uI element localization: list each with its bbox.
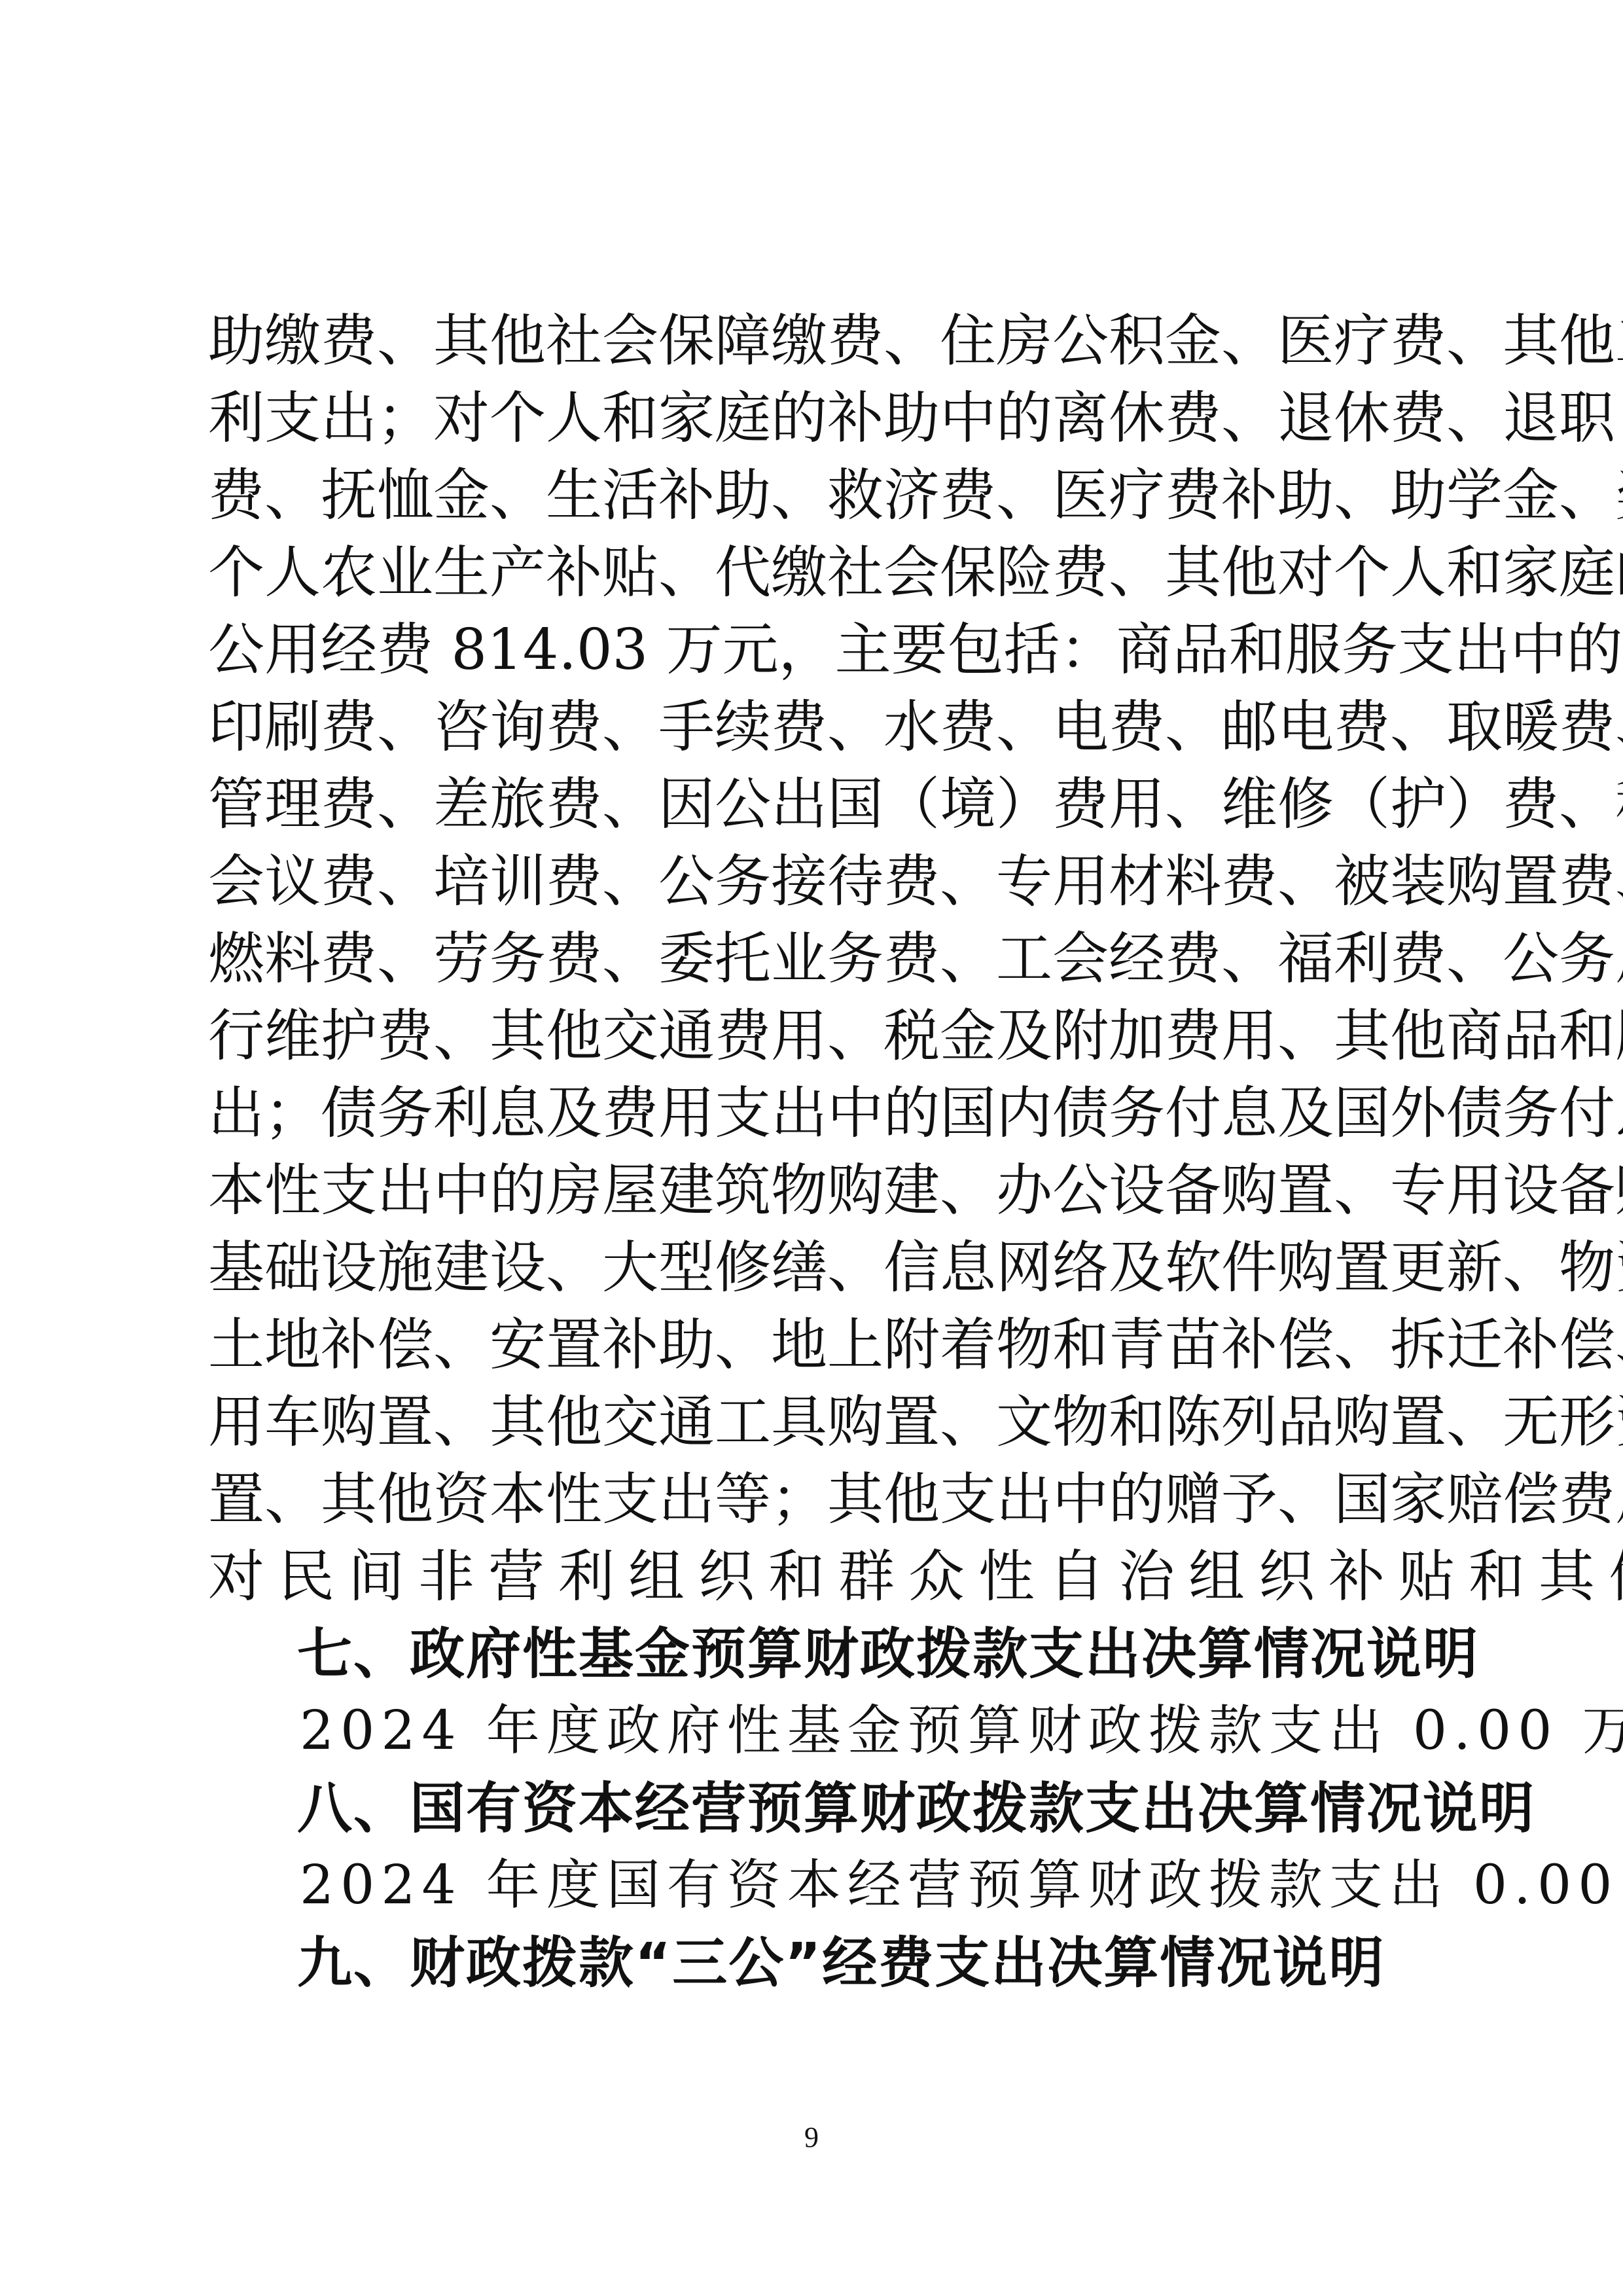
paragraph-line: 基础设施建设、大型修缮、信息网络及软件购置更新、物资储备、: [208, 1229, 1419, 1306]
paragraph-line: 出；债务利息及费用支出中的国内债务付息及国外债务付息；资: [208, 1075, 1419, 1152]
section-text: 2024 年度国有资本经营预算财政拨款支出 0.00 万元。: [208, 1847, 1419, 1924]
section-government-fund: 七、政府性基金预算财政拨款支出决算情况说明 2024 年度政府性基金预算财政拨款…: [208, 1615, 1419, 1770]
paragraph-line: 个人农业生产补贴、代缴社会保险费、其他对个人和家庭的补助。: [208, 534, 1419, 611]
paragraph-line: 土地补偿、安置补助、地上附着物和青苗补偿、拆迁补偿、公务: [208, 1306, 1419, 1384]
page-number: 9: [0, 2121, 1623, 2154]
section-heading: 九、财政拨款“三公”经费支出决算情况说明: [208, 1924, 1419, 2001]
paragraph-line: 用车购置、其他交通工具购置、文物和陈列品购置、无形资产购: [208, 1384, 1419, 1461]
paragraph-line: 利支出；对个人和家庭的补助中的离休费、退休费、退职（役）: [208, 380, 1419, 457]
paragraph-line: 置、其他资本性支出等；其他支出中的赠予、国家赔偿费用支出、: [208, 1461, 1419, 1538]
section-state-capital: 八、国有资本经营预算财政拨款支出决算情况说明 2024 年度国有资本经营预算财政…: [208, 1770, 1419, 1924]
paragraph-line-final: 对民间非营利组织和群众性自治组织补贴和其他支出。: [208, 1538, 1419, 1615]
paragraph-line: 助缴费、其他社会保障缴费、住房公积金、医疗费、其他工资福: [208, 302, 1419, 380]
paragraph-line: 会议费、培训费、公务接待费、专用材料费、被装购置费、专用: [208, 843, 1419, 920]
section-heading: 七、政府性基金预算财政拨款支出决算情况说明: [208, 1615, 1419, 1693]
paragraph-line-public-expense: 公用经费 814.03 万元，主要包括：商品和服务支出中的办公费、: [208, 611, 1419, 689]
paragraph-line: 行维护费、其他交通费用、税金及附加费用、其他商品和服务支: [208, 997, 1419, 1075]
paragraph-line: 管理费、差旅费、因公出国（境）费用、维修（护）费、租赁费、: [208, 766, 1419, 843]
section-three-public-expenses: 九、财政拨款“三公”经费支出决算情况说明: [208, 1924, 1419, 2001]
section-text: 2024 年度政府性基金预算财政拨款支出 0.00 万元。: [208, 1693, 1419, 1770]
paragraph-line: 费、抚恤金、生活补助、救济费、医疗费补助、助学金、奖励金、: [208, 457, 1419, 534]
paragraph-line: 印刷费、咨询费、手续费、水费、电费、邮电费、取暖费、物业: [208, 689, 1419, 766]
document-page: 助缴费、其他社会保障缴费、住房公积金、医疗费、其他工资福 利支出；对个人和家庭的…: [0, 0, 1623, 2296]
expense-breakdown-paragraph: 助缴费、其他社会保障缴费、住房公积金、医疗费、其他工资福 利支出；对个人和家庭的…: [208, 302, 1419, 1615]
section-heading: 八、国有资本经营预算财政拨款支出决算情况说明: [208, 1770, 1419, 1847]
paragraph-line: 燃料费、劳务费、委托业务费、工会经费、福利费、公务用车运: [208, 920, 1419, 997]
paragraph-line: 本性支出中的房屋建筑物购建、办公设备购置、专用设备购置、: [208, 1152, 1419, 1229]
